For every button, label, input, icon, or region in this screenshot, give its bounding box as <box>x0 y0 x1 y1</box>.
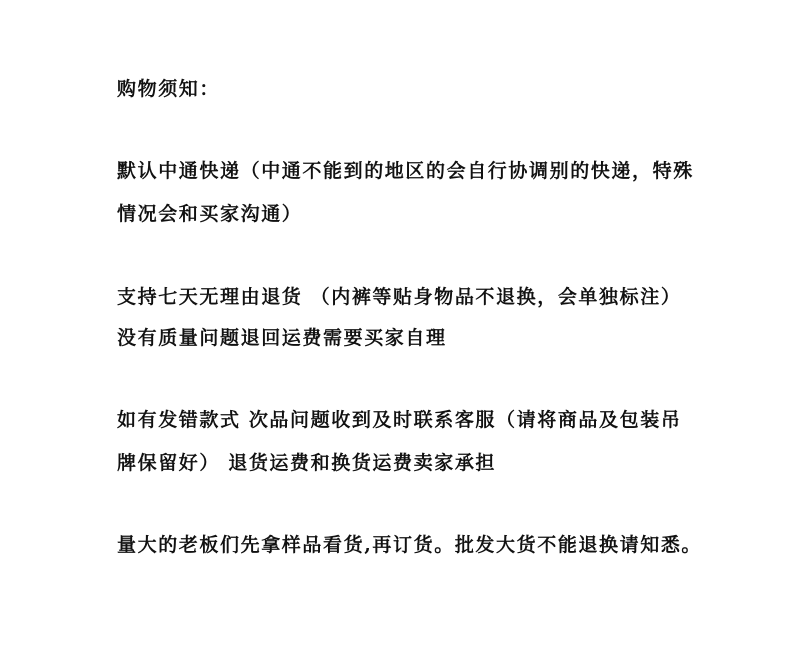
wrong-item-line-2: 牌保留好） 退货运费和换货运费卖家承担 <box>117 451 496 475</box>
shipping-line-2: 情况会和买家沟通） <box>117 202 302 226</box>
returns-line-2: 没有质量问题退回运费需要买家自理 <box>117 326 447 350</box>
wholesale-line-1: 量大的老板们先拿样品看货,再订货。批发大货不能退换请知悉。 <box>117 533 702 557</box>
shopping-notice-document: 购物须知： 默认中通快递（中通不能到的地区的会自行协调别的快递，特殊 情况会和买… <box>0 0 787 650</box>
shipping-line-1: 默认中通快递（中通不能到的地区的会自行协调别的快递，特殊 <box>117 159 694 183</box>
document-title: 购物须知： <box>117 77 220 101</box>
wrong-item-line-1: 如有发错款式 次品问题收到及时联系客服（请将商品及包装吊 <box>117 408 681 432</box>
returns-line-1: 支持七天无理由退货 （内裤等贴身物品不退换，会单独标注） <box>117 285 681 309</box>
